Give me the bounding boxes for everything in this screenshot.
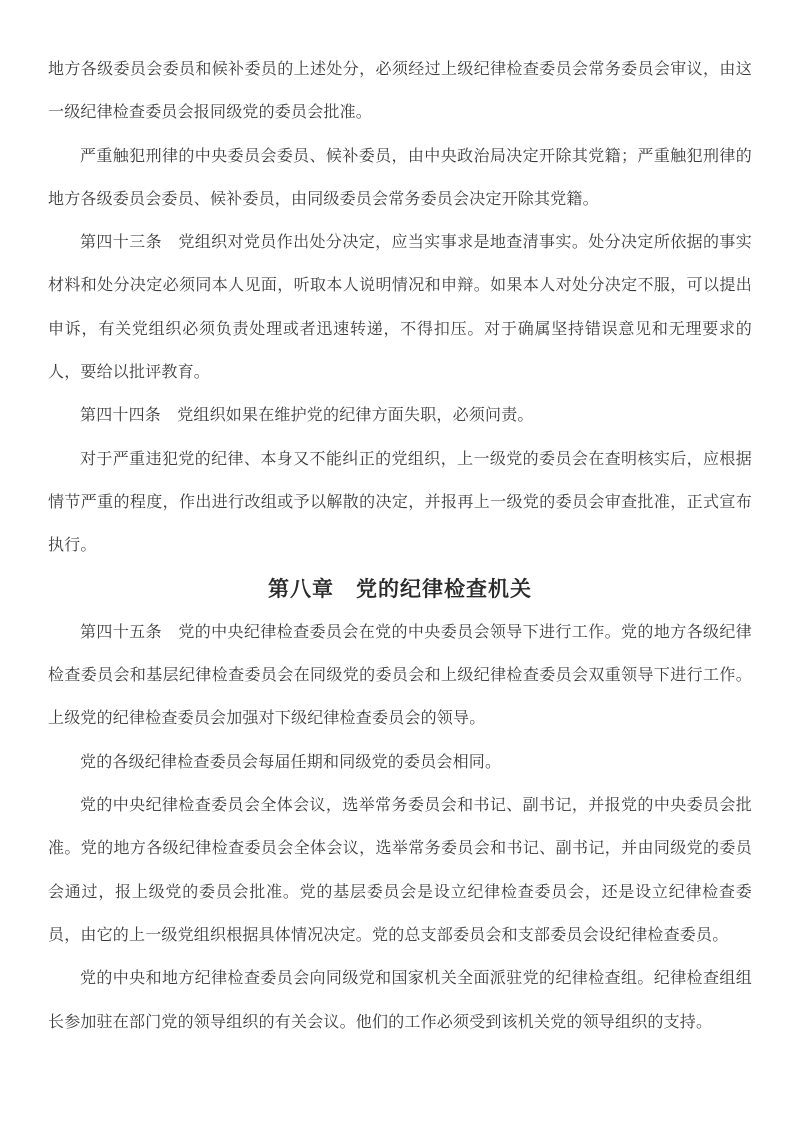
paragraph-continuation: 地方各级委员会委员和候补委员的上述处分，必须经过上级纪律检查委员会常务委员会审议… [48, 48, 752, 135]
paragraph: 严重触犯刑律的中央委员会委员、候补委员，由中央政治局决定开除其党籍；严重触犯刑律… [48, 135, 752, 222]
chapter-heading: 第八章 党的纪律检查机关 [48, 568, 752, 611]
document-page: 地方各级委员会委员和候补委员的上述处分，必须经过上级纪律检查委员会常务委员会审议… [0, 0, 800, 1131]
paragraph-article-43: 第四十三条 党组织对党员作出处分决定，应当实事求是地查清事实。处分决定所依据的事… [48, 221, 752, 394]
paragraph: 党的中央和地方纪律检查委员会向同级党和国家机关全面派驻党的纪律检查组。纪律检查组… [48, 957, 752, 1044]
paragraph-article-44: 第四十四条 党组织如果在维护党的纪律方面失职，必须问责。 [48, 394, 752, 437]
paragraph: 党的各级纪律检查委员会每届任期和同级党的委员会相同。 [48, 741, 752, 784]
paragraph: 党的中央纪律检查委员会全体会议，选举常务委员会和书记、副书记，并报党的中央委员会… [48, 784, 752, 957]
paragraph-article-45: 第四十五条 党的中央纪律检查委员会在党的中央委员会领导下进行工作。党的地方各级纪… [48, 611, 752, 741]
paragraph: 对于严重违犯党的纪律、本身又不能纠正的党组织，上一级党的委员会在查明核实后，应根… [48, 438, 752, 568]
